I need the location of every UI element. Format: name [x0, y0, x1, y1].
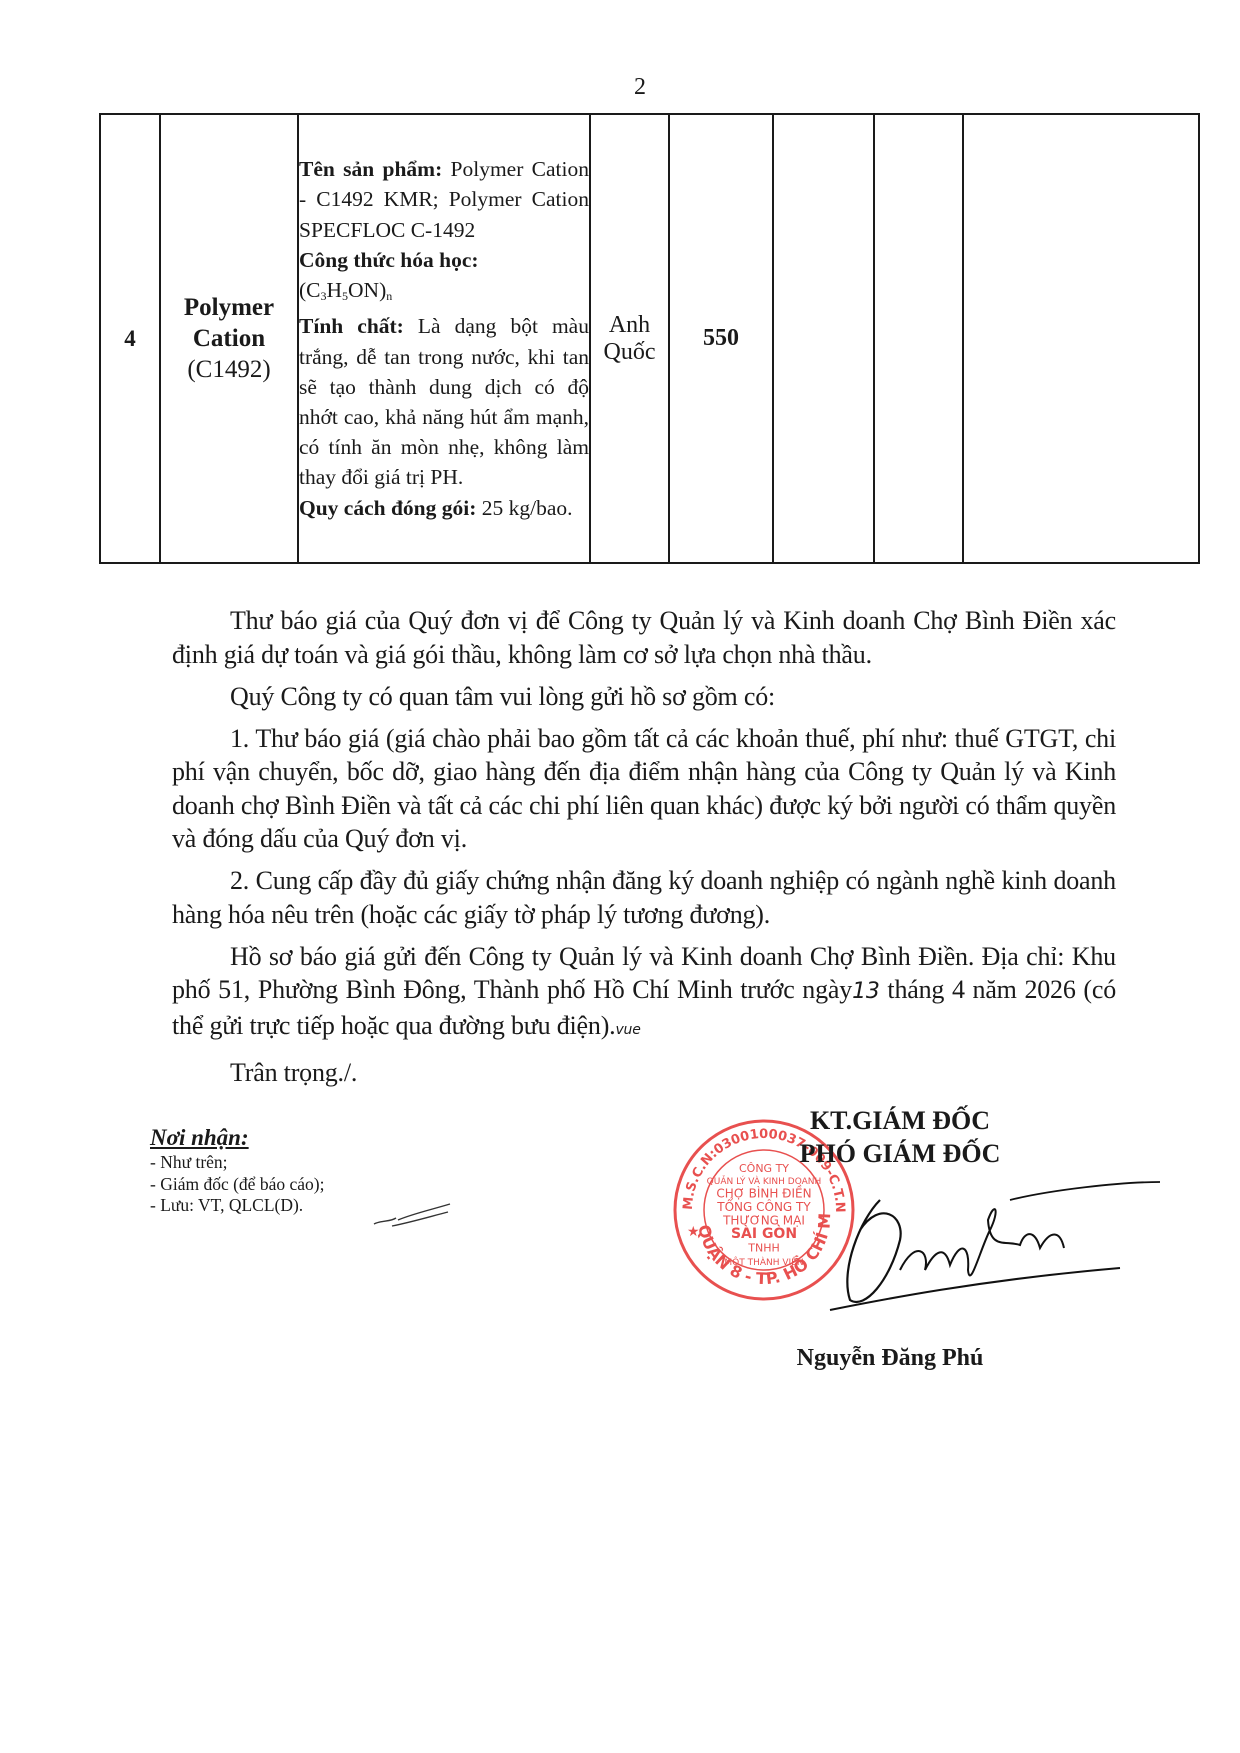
handwritten-initials: vue: [615, 1022, 640, 1038]
handwritten-day: 13: [852, 979, 880, 1004]
svg-text:QUẢN LÝ VÀ KINH DOANH: QUẢN LÝ VÀ KINH DOANH: [707, 1175, 822, 1187]
origin-line-2: Quốc: [604, 339, 656, 365]
signer-name: Nguyễn Đăng Phú: [690, 1345, 1090, 1372]
item-code: (C1492): [187, 356, 270, 383]
item-name-line-1: Polymer: [161, 292, 297, 323]
svg-text:TỔNG CÔNG TY: TỔNG CÔNG TY: [716, 1198, 811, 1214]
empty-cell: [773, 114, 874, 563]
empty-cell: [874, 114, 963, 563]
chemical-formula: (C3H5ON)n: [299, 278, 392, 302]
table-row: 4 Polymer Cation (C1492) Tên sản phẩm: P…: [100, 114, 1199, 563]
paragraph-request: Quý Công ty có quan tâm vui lòng gửi hồ …: [172, 680, 1116, 714]
row-number: 4: [100, 114, 160, 563]
item-name-line-2: Cation: [161, 323, 297, 354]
quantity: 550: [669, 114, 773, 563]
svg-text:CHỢ BÌNH ĐIỀN: CHỢ BÌNH ĐIỀN: [716, 1185, 811, 1201]
packing-label: Quy cách đóng gói:: [299, 496, 476, 520]
signature-title-1: KT.GIÁM ĐỐC: [700, 1106, 1100, 1136]
recipients-block: Nơi nhận: - Như trên; - Giám đốc (để báo…: [150, 1124, 324, 1217]
origin: Anh Quốc: [590, 114, 669, 563]
recipient-item: - Giám đốc (để báo cáo);: [150, 1174, 324, 1196]
empty-cell: [963, 114, 1199, 563]
paragraph-item-2: 2. Cung cấp đầy đủ giấy chứng nhận đăng …: [172, 864, 1116, 931]
item-name: Polymer Cation (C1492): [160, 114, 298, 563]
handwritten-signature-icon: [820, 1160, 1160, 1320]
origin-line-1: Anh: [609, 312, 650, 338]
recipients-title: Nơi nhận:: [150, 1124, 324, 1152]
initial-scribble-icon: [372, 1200, 452, 1230]
svg-text:MỘT THÀNH VIÊN: MỘT THÀNH VIÊN: [724, 1256, 803, 1268]
packing-value: 25 kg/bao.: [482, 496, 573, 520]
item-specification: Tên sản phẩm: Polymer Cation - C1492 KMR…: [298, 114, 590, 563]
recipient-item: - Như trên;: [150, 1152, 324, 1174]
formula-label: Công thức hóa học:: [299, 248, 479, 272]
recipient-item: - Lưu: VT, QLCL(D).: [150, 1195, 324, 1217]
paragraph-purpose: Thư báo giá của Quý đơn vị để Công ty Qu…: [172, 604, 1116, 671]
paragraph-submission: Hồ sơ báo giá gửi đến Công ty Quản lý và…: [172, 940, 1116, 1048]
letter-body: Thư báo giá của Quý đơn vị để Công ty Qu…: [172, 604, 1116, 1098]
items-table: 4 Polymer Cation (C1492) Tên sản phẩm: P…: [99, 113, 1200, 564]
product-label: Tên sản phẩm:: [299, 157, 442, 181]
property-value: Là dạng bột màu trắng, dễ tan trong nước…: [299, 314, 589, 489]
paragraph-item-1: 1. Thư báo giá (giá chào phải bao gồm tấ…: [172, 722, 1116, 856]
closing: Trân trọng./.: [172, 1056, 1116, 1090]
property-label: Tính chất:: [299, 314, 404, 338]
page-number: 2: [620, 74, 660, 101]
svg-text:★: ★: [687, 1225, 700, 1240]
svg-text:TNHH: TNHH: [747, 1242, 780, 1255]
svg-text:SÀI GÒN: SÀI GÒN: [731, 1224, 797, 1242]
